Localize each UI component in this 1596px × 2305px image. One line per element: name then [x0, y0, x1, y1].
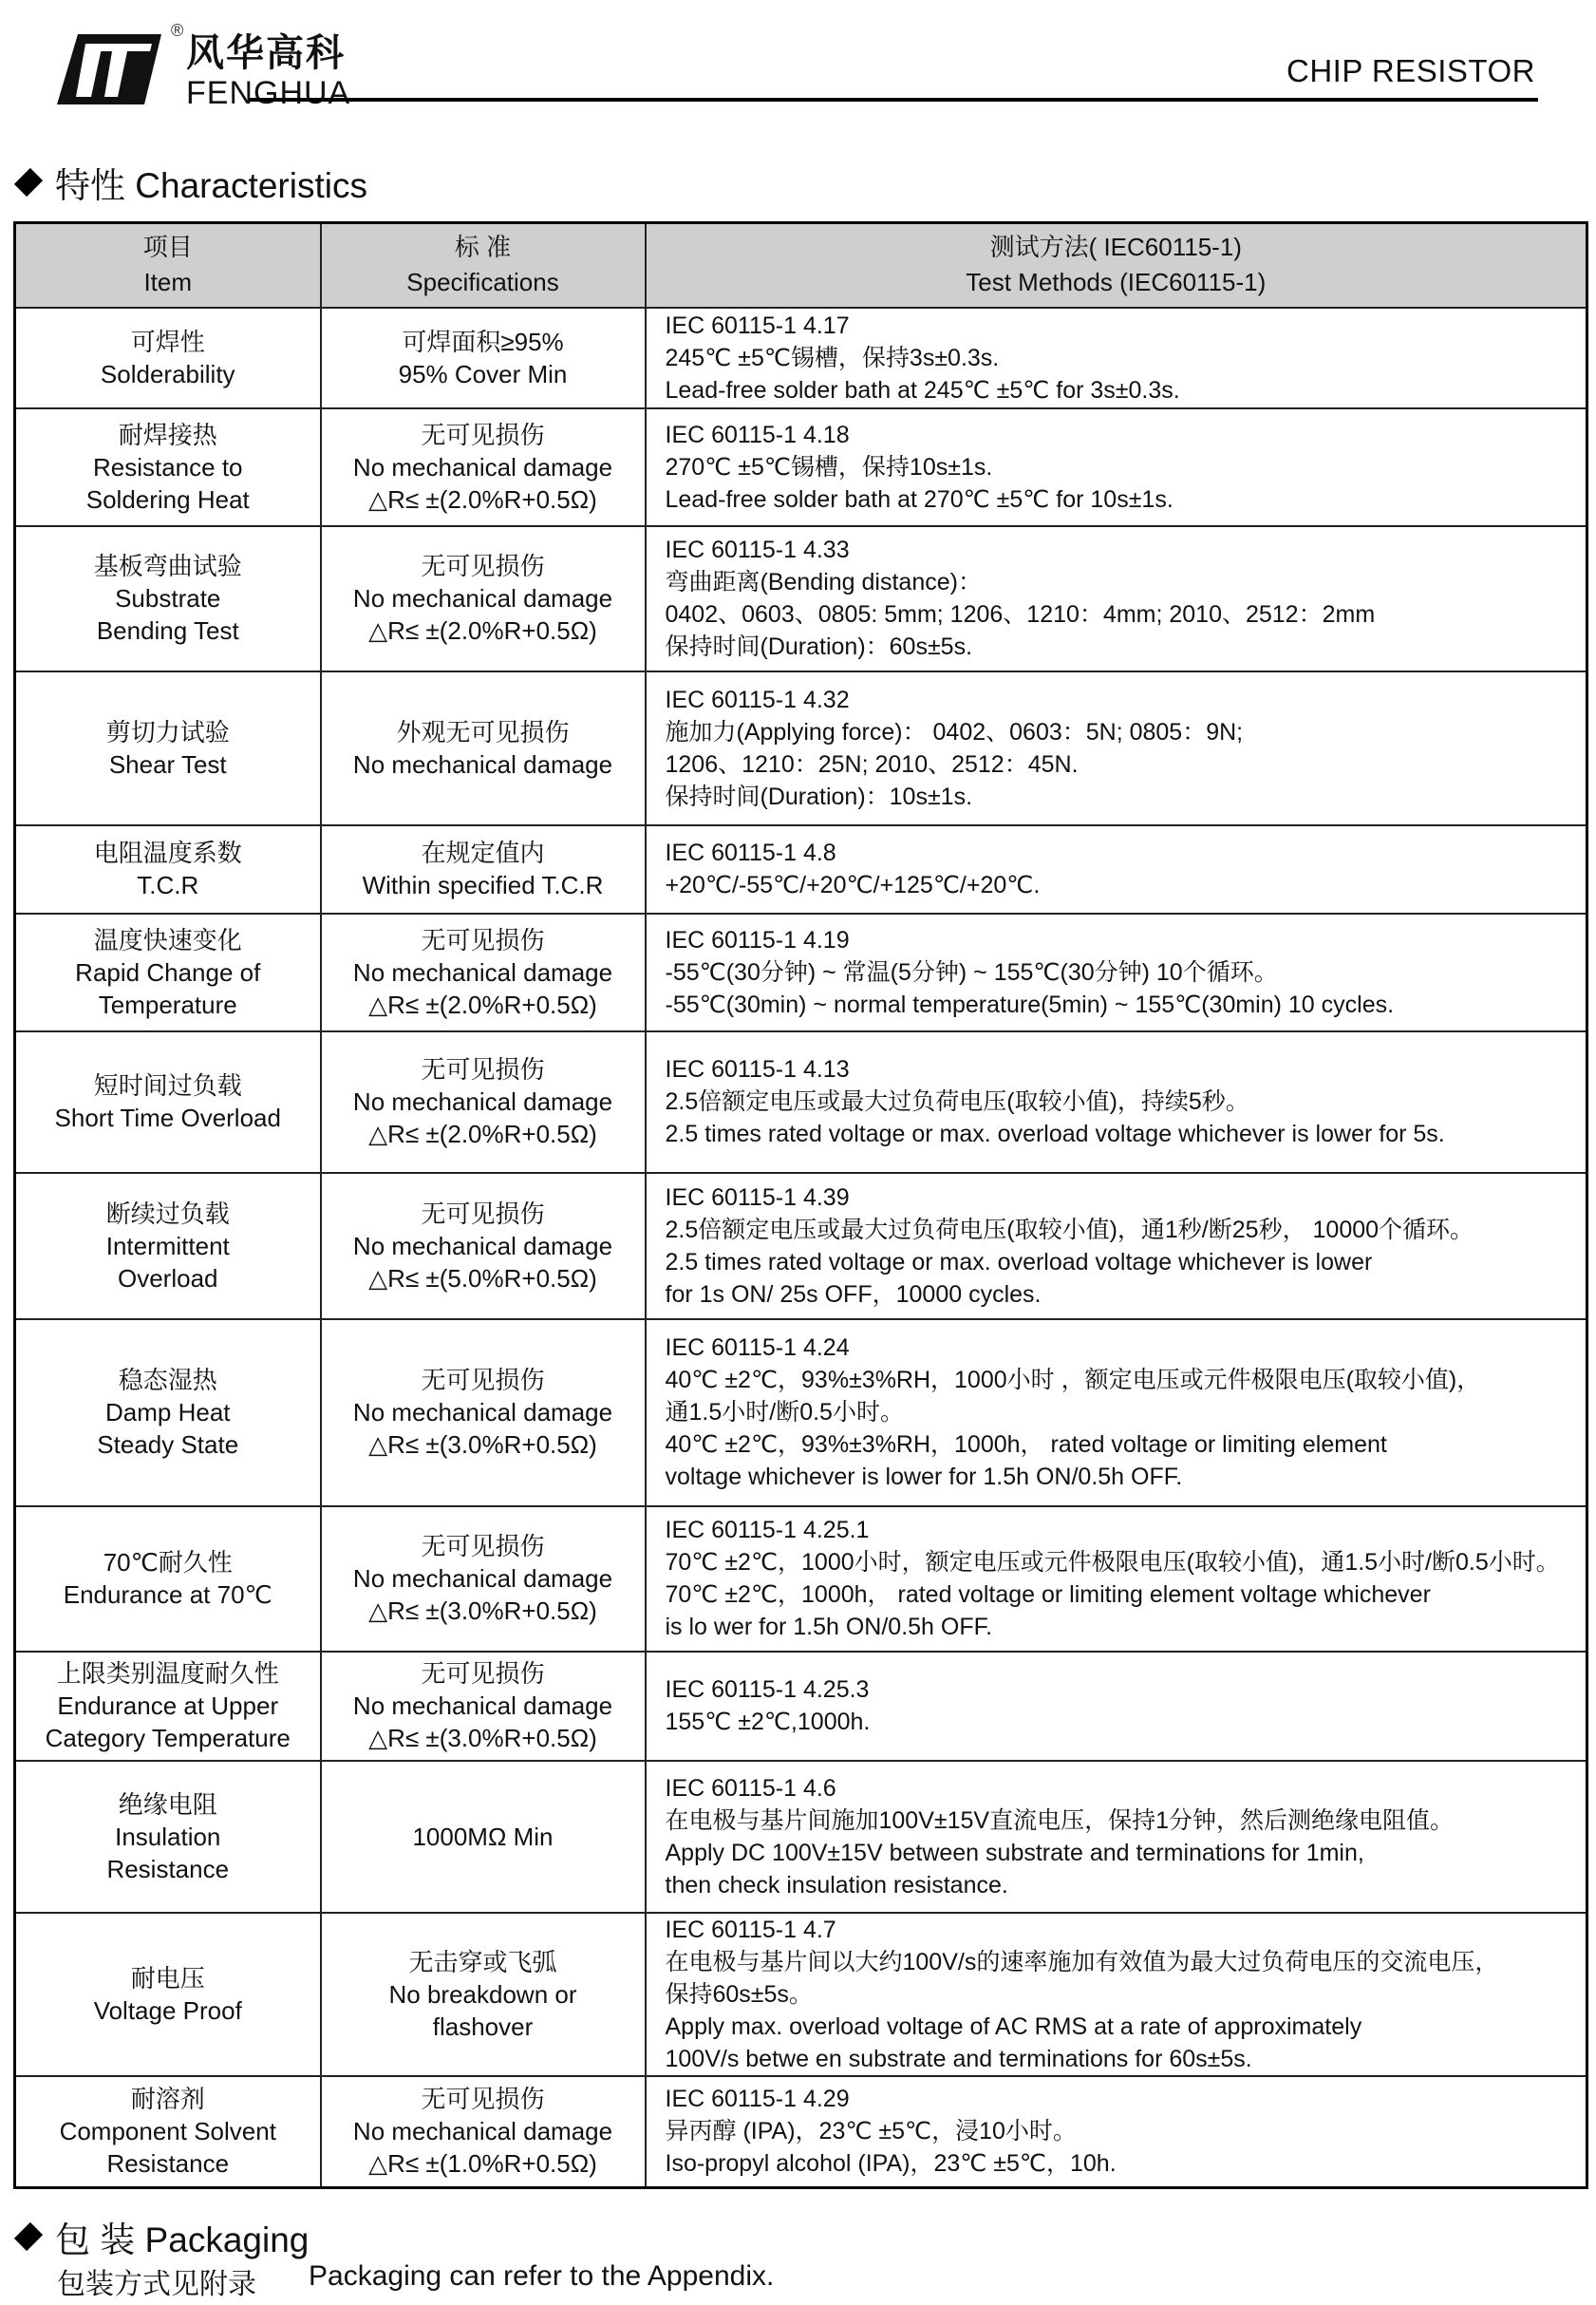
packaging-note: 包装方式见附录 Packaging can refer to the Appen… [57, 2260, 774, 2302]
method-cell-line: Iso-propyl alcohol (IPA)，23℃ ±5℃，10h. [666, 2147, 1587, 2180]
spec-cell-line: 无可见损伤 [322, 2083, 645, 2115]
table-header-row: 项目 Item 标 准 Specifications 测试方法( IEC6011… [15, 223, 1587, 308]
method-cell: IEC 60115-1 4.18270℃ ±5℃锡槽，保持10s±1s.Lead… [646, 408, 1587, 526]
spec-cell: 无击穿或飞弧No breakdown orflashover [321, 1913, 646, 2076]
spec-cell-line: 无可见损伤 [322, 1053, 645, 1086]
registered-mark: ® [171, 21, 183, 41]
spec-cell: 外观无可见损伤No mechanical damage [321, 671, 646, 825]
spec-cell-line: △R≤ ±(1.0%R+0.5Ω) [322, 2147, 645, 2180]
spec-cell-line: No mechanical damage [322, 1230, 645, 1262]
spec-cell-line: No mechanical damage [322, 1086, 645, 1118]
column-header-specifications: 标 准 Specifications [321, 223, 646, 308]
spec-cell-line: No mechanical damage [322, 1562, 645, 1595]
item-cell-line: Category Temperature [16, 1722, 320, 1754]
method-cell-line: 在电极与基片间以大约100V/s的速率施加有效值为最大过负荷电压的交流电压， [666, 1946, 1587, 1978]
table-row: 稳态湿热Damp HeatSteady State无可见损伤No mechani… [15, 1319, 1587, 1506]
characteristics-heading-text: 特性 Characteristics [55, 157, 367, 208]
item-cell-line: Insulation [16, 1821, 320, 1853]
method-cell-line: 弯曲距离(Bending distance)： [666, 566, 1587, 598]
method-cell-line: Lead-free solder bath at 245℃ ±5℃ for 3s… [666, 374, 1587, 406]
item-cell-line: 电阻温度系数 [16, 837, 320, 869]
method-cell-line: Lead-free solder bath at 270℃ ±5℃ for 10… [666, 483, 1587, 516]
method-cell-line: 通1.5小时/断0.5小时。 [666, 1396, 1587, 1428]
method-cell-line: IEC 60115-1 4.29 [666, 2083, 1587, 2115]
table-row: 上限类别温度耐久性Endurance at UpperCategory Temp… [15, 1652, 1587, 1761]
item-cell: 短时间过负载Short Time Overload [15, 1031, 321, 1173]
method-cell: IEC 60115-1 4.25.3155℃ ±2℃,1000h. [646, 1652, 1587, 1761]
item-cell: 剪切力试验Shear Test [15, 671, 321, 825]
characteristics-heading: 特性 Characteristics [11, 157, 367, 208]
document-title: CHIP RESISTOR [1286, 53, 1535, 89]
method-cell-line: voltage whichever is lower for 1.5h ON/0… [666, 1461, 1587, 1493]
item-cell-line: Resistance to [16, 451, 320, 483]
method-cell-line: 保持60s±5s。 [666, 1978, 1587, 2011]
method-cell: IEC 60115-1 4.132.5倍额定电压或最大过负荷电压(取较小值)，持… [646, 1031, 1587, 1173]
spec-cell-line: No mechanical damage [322, 1396, 645, 1428]
packaging-note-en: Packaging can refer to the Appendix. [309, 2260, 774, 2302]
item-cell-line: 稳态湿热 [16, 1364, 320, 1396]
method-cell: IEC 60115-1 4.8+20℃/-55℃/+20℃/+125℃/+20℃… [646, 825, 1587, 914]
spec-cell: 无可见损伤No mechanical damage△R≤ ±(3.0%R+0.5… [321, 1319, 646, 1506]
fenghua-logo-mark-icon [57, 30, 161, 104]
item-cell: 稳态湿热Damp HeatSteady State [15, 1319, 321, 1506]
method-cell-line: for 1s ON/ 25s OFF，10000 cycles. [666, 1278, 1587, 1311]
item-cell-line: Temperature [16, 989, 320, 1021]
method-cell: IEC 60115-1 4.392.5倍额定电压或最大过负荷电压(取较小值)，通… [646, 1173, 1587, 1319]
item-cell-line: 耐溶剂 [16, 2083, 320, 2115]
spec-cell: 无可见损伤No mechanical damage△R≤ ±(5.0%R+0.5… [321, 1173, 646, 1319]
method-cell-line: 40℃ ±2℃，93%±3%RH，1000h， rated voltage or… [666, 1428, 1587, 1461]
table-row: 断续过负载IntermittentOverload无可见损伤No mechani… [15, 1173, 1587, 1319]
spec-cell-line: No mechanical damage [322, 2115, 645, 2147]
table-row: 耐电压Voltage Proof无击穿或飞弧No breakdown orfla… [15, 1913, 1587, 2076]
spec-cell-line: △R≤ ±(2.0%R+0.5Ω) [322, 989, 645, 1021]
spec-cell-line: 无可见损伤 [322, 1530, 645, 1562]
column-header-test-methods: 测试方法( IEC60115-1) Test Methods (IEC60115… [646, 223, 1587, 308]
method-cell-line: 2.5 times rated voltage or max. overload… [666, 1118, 1587, 1150]
spec-cell-line: △R≤ ±(3.0%R+0.5Ω) [322, 1595, 645, 1627]
method-cell-line: IEC 60115-1 4.32 [666, 684, 1587, 716]
method-cell-line: is lo wer for 1.5h ON/0.5h OFF. [666, 1611, 1587, 1643]
spec-cell: 无可见损伤No mechanical damage△R≤ ±(2.0%R+0.5… [321, 526, 646, 671]
method-cell-line: 2.5倍额定电压或最大过负荷电压(取较小值)，通1秒/断25秒， 10000个循… [666, 1214, 1587, 1246]
method-cell-line: IEC 60115-1 4.7 [666, 1914, 1587, 1946]
item-cell-line: Bending Test [16, 614, 320, 647]
diamond-bullet-icon [14, 168, 43, 197]
spec-cell-line: 无可见损伤 [322, 419, 645, 451]
method-cell-line: 保持时间(Duration)：60s±5s. [666, 631, 1587, 663]
spec-cell-line: △R≤ ±(2.0%R+0.5Ω) [322, 614, 645, 647]
spec-cell: 无可见损伤No mechanical damage△R≤ ±(2.0%R+0.5… [321, 1031, 646, 1173]
item-cell: 耐焊接热Resistance toSoldering Heat [15, 408, 321, 526]
item-cell-line: Endurance at Upper [16, 1690, 320, 1722]
method-cell-line: 0402、0603、0805: 5mm; 1206、1210：4mm; 2010… [666, 598, 1587, 631]
method-cell-line: IEC 60115-1 4.6 [666, 1772, 1587, 1804]
method-cell-line: IEC 60115-1 4.18 [666, 419, 1587, 451]
method-cell-line: -55℃(30分钟) ~ 常温(5分钟) ~ 155℃(30分钟) 10个循环。 [666, 956, 1587, 989]
spec-cell-line: △R≤ ±(2.0%R+0.5Ω) [322, 483, 645, 516]
method-cell-line: 70℃ ±2℃，1000h， rated voltage or limiting… [666, 1578, 1587, 1611]
item-cell-line: 70℃耐久性 [16, 1546, 320, 1578]
table-row: 耐溶剂Component SolventResistance无可见损伤No me… [15, 2076, 1587, 2188]
packaging-heading: 包 装 Packaging [11, 2211, 309, 2262]
method-cell-line: 2.5倍额定电压或最大过负荷电压(取较小值)，持续5秒。 [666, 1086, 1587, 1118]
item-cell-line: T.C.R [16, 869, 320, 901]
spec-cell: 无可见损伤No mechanical damage△R≤ ±(2.0%R+0.5… [321, 914, 646, 1031]
table-row: 温度快速变化Rapid Change ofTemperature无可见损伤No … [15, 914, 1587, 1031]
item-cell: 电阻温度系数T.C.R [15, 825, 321, 914]
method-cell-line: 70℃ ±2℃，1000小时，额定电压或元件极限电压(取较小值)，通1.5小时/… [666, 1546, 1587, 1578]
item-cell-line: 绝缘电阻 [16, 1788, 320, 1821]
spec-cell-line: △R≤ ±(5.0%R+0.5Ω) [322, 1262, 645, 1294]
item-cell-line: 可焊性 [16, 326, 320, 358]
item-cell-line: Resistance [16, 2147, 320, 2180]
method-cell-line: 155℃ ±2℃,1000h. [666, 1706, 1587, 1738]
table-row: 绝缘电阻InsulationResistance1000MΩ MinIEC 60… [15, 1761, 1587, 1913]
method-cell-line: 在电极与基片间施加100V±15V直流电压，保持1分钟，然后测绝缘电阻值。 [666, 1804, 1587, 1837]
fenghua-logo: ® 风华高科 FENGHUA [57, 19, 418, 104]
item-cell: 绝缘电阻InsulationResistance [15, 1761, 321, 1913]
table-row: 短时间过负载Short Time Overload无可见损伤No mechani… [15, 1031, 1587, 1173]
method-cell-line: IEC 60115-1 4.25.1 [666, 1514, 1587, 1546]
item-cell-line: Voltage Proof [16, 1994, 320, 2027]
spec-cell-line: 无可见损伤 [322, 1657, 645, 1690]
item-cell: 断续过负载IntermittentOverload [15, 1173, 321, 1319]
table-row: 基板弯曲试验SubstrateBending Test无可见损伤No mecha… [15, 526, 1587, 671]
spec-cell-line: △R≤ ±(3.0%R+0.5Ω) [322, 1722, 645, 1754]
table-row: 剪切力试验Shear Test外观无可见损伤No mechanical dama… [15, 671, 1587, 825]
characteristics-table: 项目 Item 标 准 Specifications 测试方法( IEC6011… [13, 221, 1588, 2189]
method-cell-line: IEC 60115-1 4.33 [666, 534, 1587, 566]
item-cell: 可焊性Solderability [15, 308, 321, 408]
item-cell: 温度快速变化Rapid Change ofTemperature [15, 914, 321, 1031]
item-cell-line: 剪切力试验 [16, 716, 320, 748]
table-row: 70℃耐久性Endurance at 70℃无可见损伤No mechanical… [15, 1506, 1587, 1652]
spec-cell-line: Within specified T.C.R [322, 869, 645, 901]
method-cell: IEC 60115-1 4.33弯曲距离(Bending distance)：0… [646, 526, 1587, 671]
spec-cell-line: No breakdown or [322, 1978, 645, 2011]
method-cell-line: IEC 60115-1 4.39 [666, 1181, 1587, 1214]
method-cell-line: 2.5 times rated voltage or max. overload… [666, 1246, 1587, 1278]
item-cell-line: 上限类别温度耐久性 [16, 1657, 320, 1690]
spec-cell-line: No mechanical damage [322, 956, 645, 989]
method-cell-line: IEC 60115-1 4.25.3 [666, 1673, 1587, 1706]
item-cell-line: 断续过负载 [16, 1198, 320, 1230]
spec-cell-line: No mechanical damage [322, 582, 645, 614]
spec-cell-line: △R≤ ±(2.0%R+0.5Ω) [322, 1118, 645, 1150]
spec-cell-line: No mechanical damage [322, 451, 645, 483]
spec-cell-line: 95% Cover Min [322, 358, 645, 390]
item-cell: 耐电压Voltage Proof [15, 1913, 321, 2076]
table-row: 耐焊接热Resistance toSoldering Heat无可见损伤No m… [15, 408, 1587, 526]
packaging-note-cn: 包装方式见附录 [57, 2260, 256, 2302]
method-cell: IEC 60115-1 4.2440℃ ±2℃，93%±3%RH，1000小时 … [646, 1319, 1587, 1506]
method-cell-line: 40℃ ±2℃，93%±3%RH，1000小时 ，额定电压或元件极限电压(取较小… [666, 1364, 1587, 1396]
method-cell-line: IEC 60115-1 4.24 [666, 1332, 1587, 1364]
item-cell-line: Resistance [16, 1853, 320, 1885]
spec-cell-line: 在规定值内 [322, 837, 645, 869]
item-cell-line: 短时间过负载 [16, 1069, 320, 1102]
item-cell-line: Solderability [16, 358, 320, 390]
method-cell-line: IEC 60115-1 4.17 [666, 310, 1587, 342]
item-cell-line: Steady State [16, 1428, 320, 1461]
item-cell-line: 耐焊接热 [16, 419, 320, 451]
item-cell-line: Intermittent [16, 1230, 320, 1262]
table-row: 电阻温度系数T.C.R在规定值内Within specified T.C.RIE… [15, 825, 1587, 914]
method-cell-line: Apply DC 100V±15V between substrate and … [666, 1837, 1587, 1869]
method-cell-line: 245℃ ±5℃锡槽，保持3s±0.3s. [666, 342, 1587, 374]
method-cell: IEC 60115-1 4.32施加力(Applying force)： 040… [646, 671, 1587, 825]
spec-cell: 无可见损伤No mechanical damage△R≤ ±(3.0%R+0.5… [321, 1506, 646, 1652]
spec-cell-line: No mechanical damage [322, 748, 645, 781]
spec-cell-line: No mechanical damage [322, 1690, 645, 1722]
method-cell-line: 1206、1210：25N; 2010、2512：45N. [666, 748, 1587, 781]
diamond-bullet-icon [14, 2222, 43, 2251]
item-cell-line: Short Time Overload [16, 1102, 320, 1134]
spec-cell-line: △R≤ ±(3.0%R+0.5Ω) [322, 1428, 645, 1461]
method-cell-line: 异丙醇 (IPA)，23℃ ±5℃，浸10小时。 [666, 2115, 1587, 2147]
item-cell: 上限类别温度耐久性Endurance at UpperCategory Temp… [15, 1652, 321, 1761]
spec-cell-line: 1000MΩ Min [322, 1821, 645, 1853]
spec-cell: 在规定值内Within specified T.C.R [321, 825, 646, 914]
method-cell-line: IEC 60115-1 4.19 [666, 924, 1587, 956]
method-cell-line: +20℃/-55℃/+20℃/+125℃/+20℃. [666, 869, 1587, 901]
spec-cell-line: 无可见损伤 [322, 1364, 645, 1396]
spec-cell-line: 无可见损伤 [322, 550, 645, 582]
method-cell: IEC 60115-1 4.17245℃ ±5℃锡槽，保持3s±0.3s.Lea… [646, 308, 1587, 408]
item-cell: 基板弯曲试验SubstrateBending Test [15, 526, 321, 671]
method-cell-line: 保持时间(Duration)：10s±1s. [666, 781, 1587, 813]
method-cell-line: then check insulation resistance. [666, 1869, 1587, 1901]
method-cell-line: 100V/s betwe en substrate and terminatio… [666, 2043, 1587, 2075]
method-cell-line: 施加力(Applying force)： 0402、0603：5N; 0805：… [666, 716, 1587, 748]
method-cell: IEC 60115-1 4.6在电极与基片间施加100V±15V直流电压，保持1… [646, 1761, 1587, 1913]
brand-name-en: FENGHUA [186, 76, 350, 110]
item-cell-line: Soldering Heat [16, 483, 320, 516]
spec-cell: 无可见损伤No mechanical damage△R≤ ±(3.0%R+0.5… [321, 1652, 646, 1761]
spec-cell: 无可见损伤No mechanical damage△R≤ ±(1.0%R+0.5… [321, 2076, 646, 2188]
item-cell-line: Damp Heat [16, 1396, 320, 1428]
spec-cell-line: 可焊面积≥95% [322, 326, 645, 358]
spec-cell: 1000MΩ Min [321, 1761, 646, 1913]
item-cell-line: Overload [16, 1262, 320, 1294]
spec-cell-line: 无可见损伤 [322, 924, 645, 956]
table-row: 可焊性Solderability可焊面积≥95%95% Cover MinIEC… [15, 308, 1587, 408]
item-cell-line: Rapid Change of [16, 956, 320, 989]
item-cell-line: 基板弯曲试验 [16, 550, 320, 582]
item-cell-line: Shear Test [16, 748, 320, 781]
item-cell-line: Substrate [16, 582, 320, 614]
spec-cell: 可焊面积≥95%95% Cover Min [321, 308, 646, 408]
header-divider [249, 98, 1538, 102]
method-cell-line: 270℃ ±5℃锡槽，保持10s±1s. [666, 451, 1587, 483]
method-cell-line: IEC 60115-1 4.8 [666, 837, 1587, 869]
item-cell-line: Endurance at 70℃ [16, 1578, 320, 1611]
method-cell: IEC 60115-1 4.29异丙醇 (IPA)，23℃ ±5℃，浸10小时。… [646, 2076, 1587, 2188]
method-cell-line: Apply max. overload voltage of AC RMS at… [666, 2011, 1587, 2043]
item-cell-line: Component Solvent [16, 2115, 320, 2147]
spec-cell-line: flashover [322, 2011, 645, 2043]
item-cell: 耐溶剂Component SolventResistance [15, 2076, 321, 2188]
item-cell-line: 耐电压 [16, 1962, 320, 1994]
method-cell-line: -55℃(30min) ~ normal temperature(5min) ~… [666, 989, 1587, 1021]
item-cell-line: 温度快速变化 [16, 924, 320, 956]
spec-cell-line: 外观无可见损伤 [322, 716, 645, 748]
brand-name-cn: 风华高科 [186, 32, 346, 74]
method-cell-line: IEC 60115-1 4.13 [666, 1053, 1587, 1086]
item-cell: 70℃耐久性Endurance at 70℃ [15, 1506, 321, 1652]
method-cell: IEC 60115-1 4.7在电极与基片间以大约100V/s的速率施加有效值为… [646, 1913, 1587, 2076]
packaging-heading-text: 包 装 Packaging [55, 2211, 309, 2262]
method-cell: IEC 60115-1 4.25.170℃ ±2℃，1000小时，额定电压或元件… [646, 1506, 1587, 1652]
spec-cell-line: 无可见损伤 [322, 1198, 645, 1230]
spec-cell: 无可见损伤No mechanical damage△R≤ ±(2.0%R+0.5… [321, 408, 646, 526]
method-cell: IEC 60115-1 4.19-55℃(30分钟) ~ 常温(5分钟) ~ 1… [646, 914, 1587, 1031]
column-header-item: 项目 Item [15, 223, 321, 308]
spec-cell-line: 无击穿或飞弧 [322, 1946, 645, 1978]
